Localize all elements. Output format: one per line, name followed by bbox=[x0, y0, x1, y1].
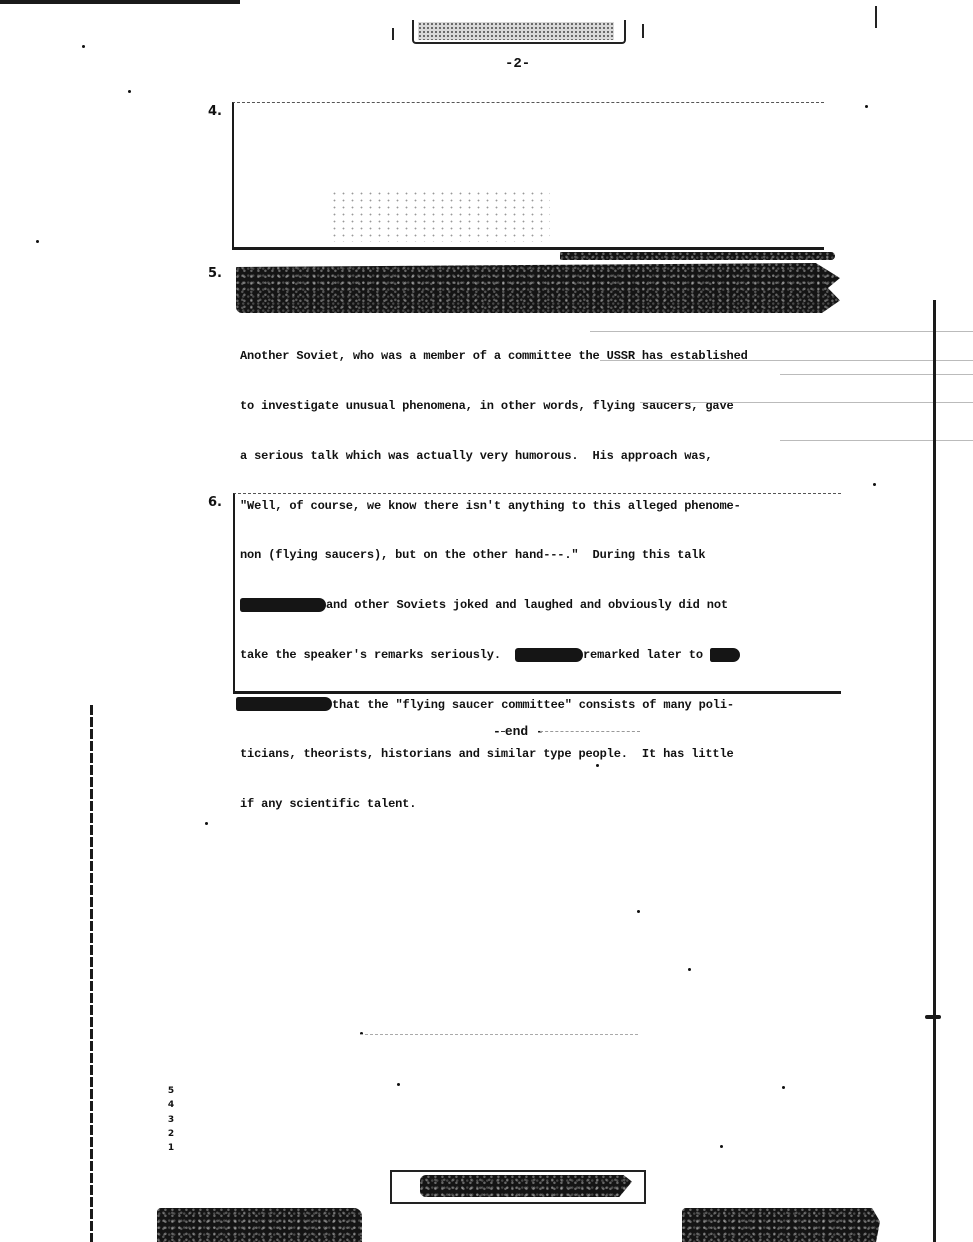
scan-artifact-line bbox=[590, 331, 973, 332]
scan-speck bbox=[865, 105, 868, 108]
redacted-footer-left bbox=[157, 1208, 362, 1242]
hole-number: 5 bbox=[166, 1084, 176, 1098]
paragraph-number: 6. bbox=[208, 495, 222, 510]
scan-noise bbox=[330, 190, 550, 242]
scan-artifact-line bbox=[640, 402, 973, 403]
redaction-bar bbox=[560, 252, 835, 260]
hole-number: 1 bbox=[166, 1141, 176, 1155]
scan-tick bbox=[875, 6, 877, 28]
hole-number: 2 bbox=[166, 1127, 176, 1141]
paragraph-number: 4. bbox=[208, 104, 222, 119]
scan-artifact-line bbox=[600, 360, 973, 361]
scan-artifact-line bbox=[780, 440, 973, 441]
text-line: Another Soviet, who was a member of a co… bbox=[240, 348, 840, 365]
hole-punch-numbers: 5 4 3 2 1 bbox=[166, 1084, 176, 1155]
page-number: -2- bbox=[505, 56, 530, 72]
text-line: ticians, theorists, historians and simil… bbox=[240, 746, 840, 763]
scan-speck bbox=[82, 45, 85, 48]
hole-number: 4 bbox=[166, 1098, 176, 1112]
scan-speck bbox=[720, 1145, 723, 1148]
scan-edge-artifact bbox=[0, 0, 240, 4]
scan-speck bbox=[128, 90, 131, 93]
scan-tick bbox=[642, 24, 644, 38]
text-line: a serious talk which was actually very h… bbox=[240, 448, 840, 465]
scan-speck bbox=[637, 910, 640, 913]
inline-redaction bbox=[236, 697, 332, 711]
left-margin-line bbox=[90, 705, 93, 1242]
scan-speck bbox=[873, 483, 876, 486]
scan-speck bbox=[36, 240, 39, 243]
scan-speck bbox=[688, 968, 691, 971]
text-segment: that the "flying saucer committee" consi… bbox=[332, 698, 734, 712]
text-line-with-redaction: that the "flying saucer committee" consi… bbox=[240, 697, 840, 714]
scan-artifact-line bbox=[360, 1034, 638, 1035]
scan-artifact bbox=[233, 105, 234, 109]
redacted-footer-right bbox=[682, 1208, 880, 1242]
paragraph-number: 5. bbox=[208, 266, 222, 281]
right-margin-line bbox=[933, 300, 936, 1242]
end-text: end bbox=[505, 724, 528, 739]
redacted-paragraph-6 bbox=[233, 493, 841, 694]
text-line: to investigate unusual phenomena, in oth… bbox=[240, 398, 840, 415]
hole-number: 3 bbox=[166, 1113, 176, 1127]
end-marker: -end - bbox=[493, 724, 544, 739]
scan-speck bbox=[397, 1083, 400, 1086]
redacted-paragraph-5-heading bbox=[236, 263, 840, 313]
scan-artifact-line bbox=[540, 731, 640, 732]
scan-tick bbox=[392, 28, 394, 40]
scan-speck bbox=[596, 764, 599, 767]
scan-speck bbox=[782, 1086, 785, 1089]
classification-stamp-frame bbox=[412, 20, 626, 44]
redacted-classification-footer bbox=[420, 1175, 632, 1197]
text-line: if any scientific talent. bbox=[240, 796, 840, 813]
scan-artifact-line bbox=[780, 374, 973, 375]
scan-artifact bbox=[925, 1015, 941, 1019]
scan-speck bbox=[205, 822, 208, 825]
